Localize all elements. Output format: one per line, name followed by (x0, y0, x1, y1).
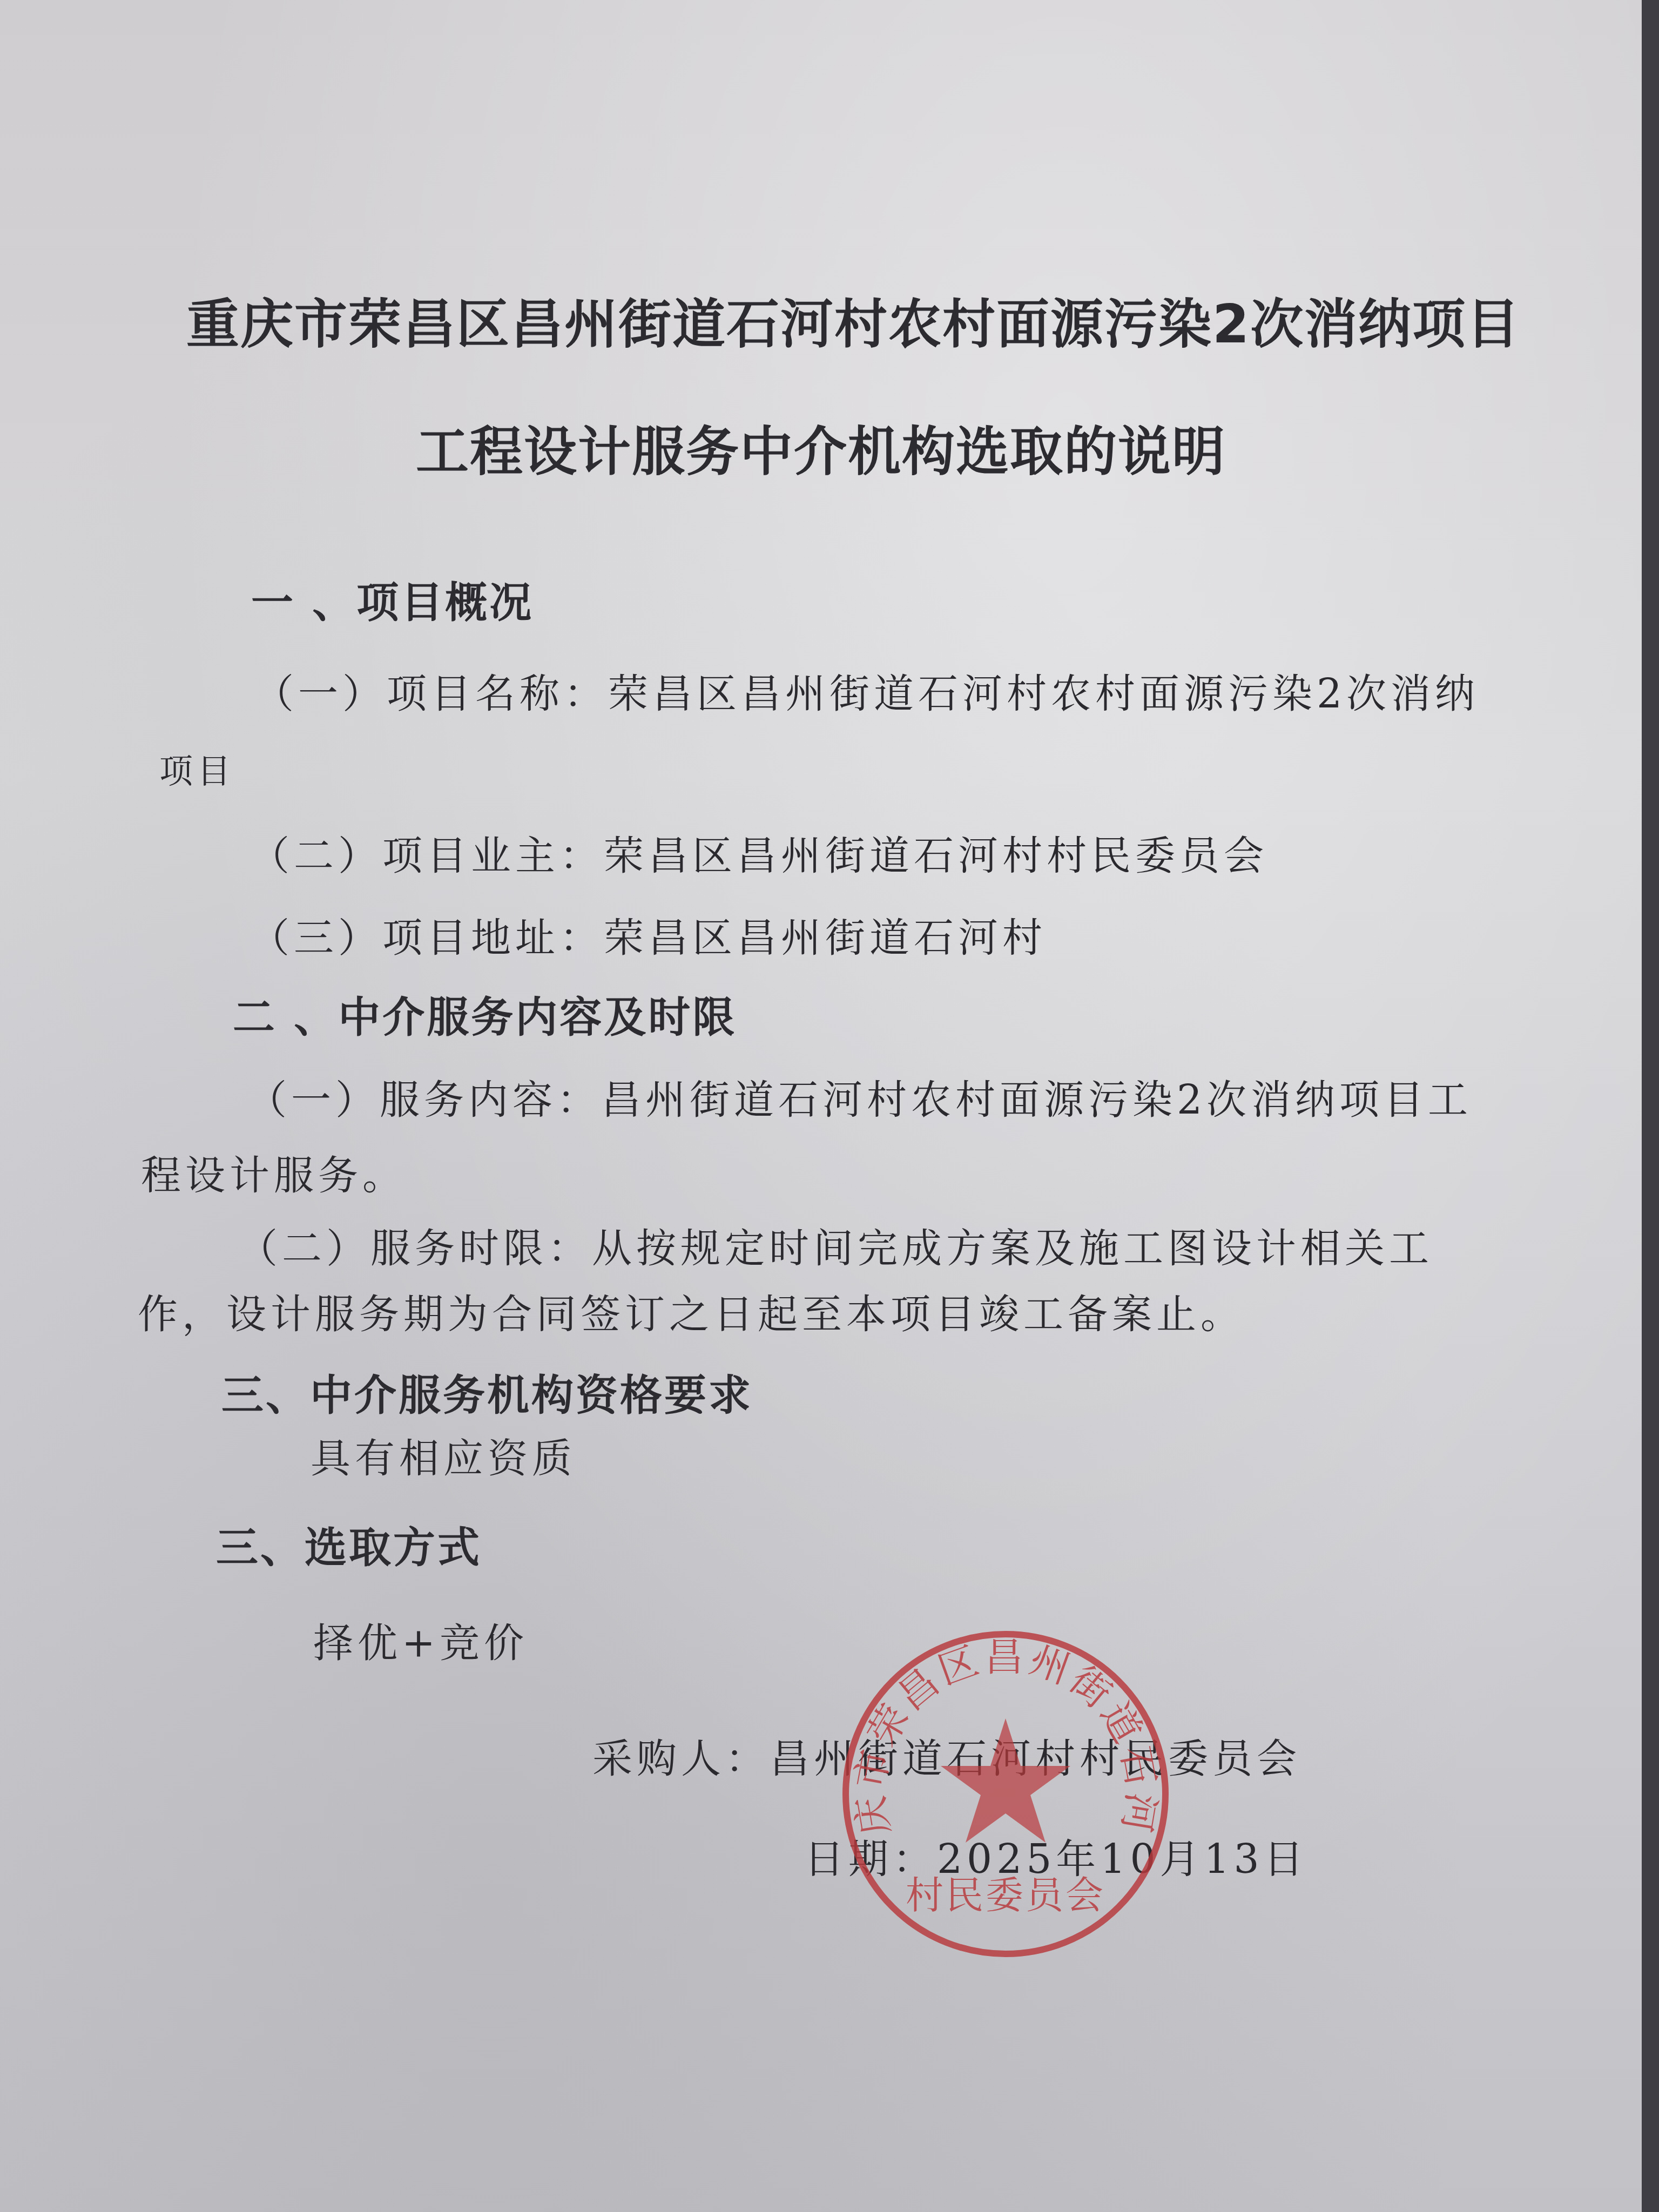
section-2-item-2: （二）服务时限：从按规定时间完成方案及施工图设计相关工 (238, 1229, 1433, 1269)
section-4-body: 择优+竞价 (313, 1623, 528, 1663)
svg-text:重庆市荣昌区昌州街道石河村: 重庆市荣昌区昌州街道石河村 (839, 1628, 1164, 1839)
section-3-heading: 三、中介服务机构资格要求 (221, 1375, 753, 1417)
document-title-line-2: 工程设计服务中介机构选取的说明 (416, 426, 1226, 478)
section-2-item-2-continuation: 作，设计服务期为合同签订之日起至本项目竣工备案止。 (138, 1294, 1245, 1334)
section-2-item-1-continuation: 程设计服务。 (141, 1156, 407, 1196)
section-3-body: 具有相应资质 (311, 1439, 576, 1479)
section-1-item-1: （一）项目名称：荣昌区昌州街道石河村农村面源污染2次消纳 (254, 674, 1479, 714)
section-1-item-3: （三）项目地址：荣昌区昌州街道石河村 (249, 918, 1047, 958)
section-1-item-2: （二）项目业主：荣昌区昌州街道石河村村民委员会 (249, 836, 1268, 876)
official-seal-stamp: 重庆市荣昌区昌州街道石河村 村民委员会 (839, 1628, 1172, 1960)
signature-date: 日期：2025年10月13日 (804, 1839, 1308, 1879)
section-1-heading: 一 、项目概况 (251, 582, 534, 624)
purchaser-signature: 采购人：昌州街道石河村村民委员会 (592, 1739, 1301, 1779)
document-title-line-1: 重庆市荣昌区昌州街道石河村农村面源污染2次消纳项目 (186, 298, 1520, 351)
stamp-ring-text: 重庆市荣昌区昌州街道石河村 (839, 1628, 1164, 1839)
section-2-heading: 二 、中介服务内容及时限 (233, 997, 737, 1039)
section-4-heading: 三、选取方式 (216, 1527, 482, 1569)
section-1-item-1-continuation: 项目 (159, 755, 235, 788)
document-page: 重庆市荣昌区昌州街道石河村农村面源污染2次消纳项目 工程设计服务中介机构选取的说… (0, 0, 1642, 2212)
section-2-item-1: （一）服务内容：昌州街道石河村农村面源污染2次消纳项目工 (247, 1080, 1472, 1120)
